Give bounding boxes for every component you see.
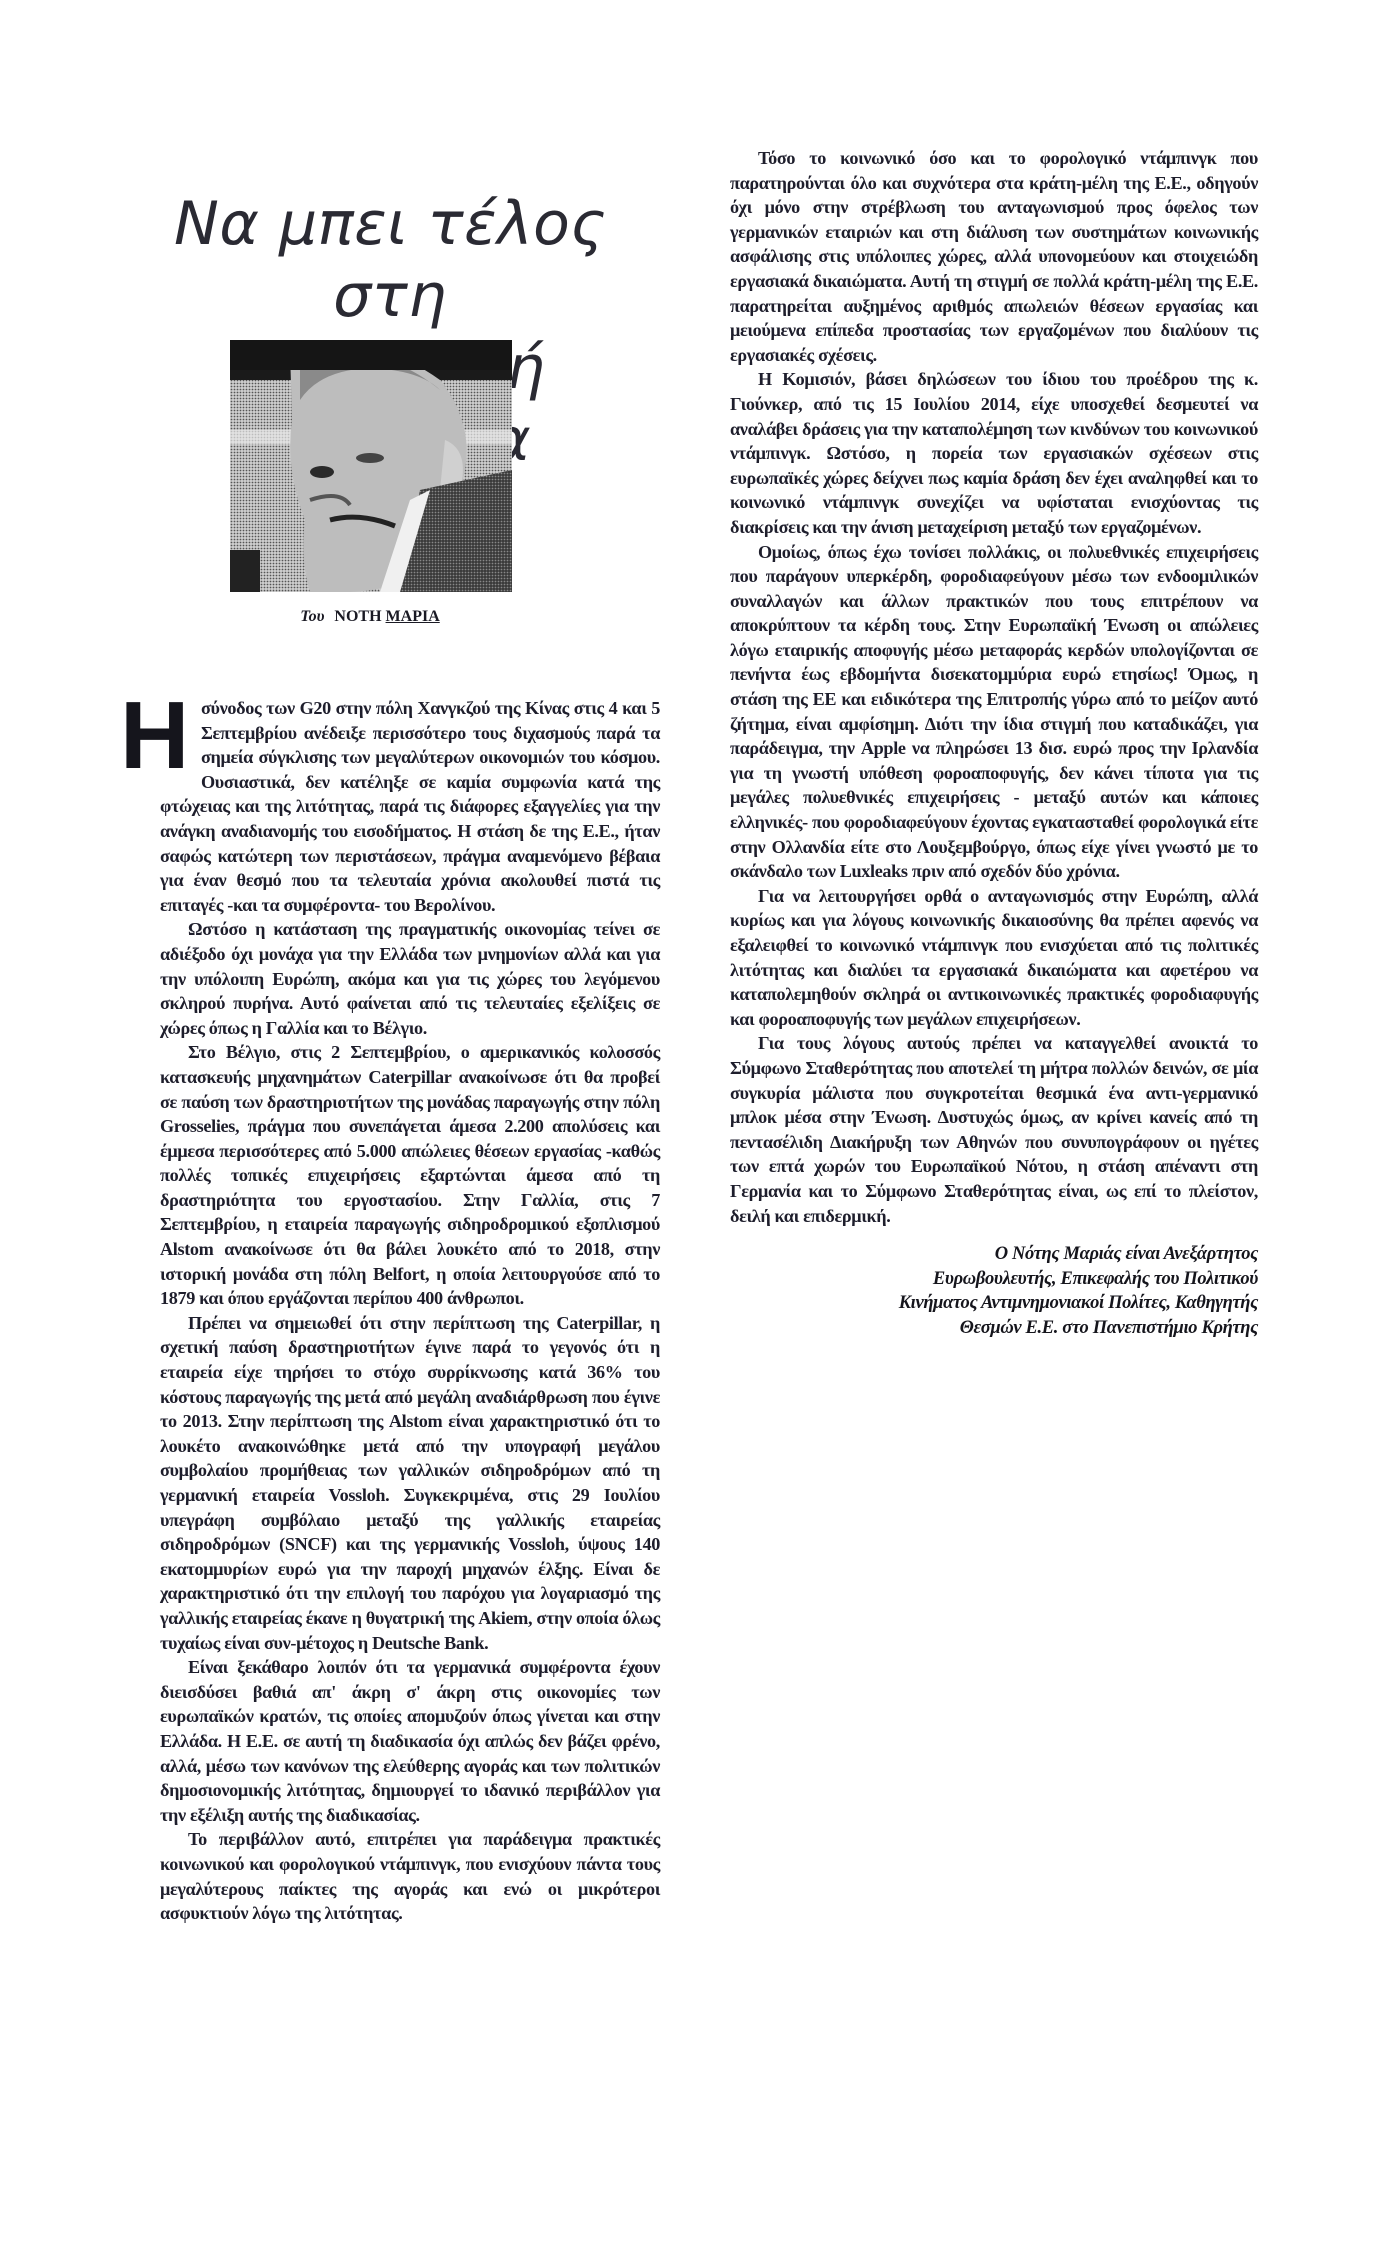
author-note-line: Θεσμών Ε.Ε. στο Πανεπιστήμιο Κρήτης <box>730 1316 1258 1341</box>
paragraph: Τόσο το κοινωνικό όσο και το φορολογικό … <box>730 146 1258 367</box>
article-column-left: Η σύνοδος των G20 στην πόλη Χανγκζού της… <box>160 696 660 1926</box>
paragraph: Ωστόσο η κατάσταση της πραγματικής οικον… <box>160 917 660 1040</box>
article-column-right: Τόσο το κοινωνικό όσο και το φορολογικό … <box>730 146 1258 1340</box>
paragraph: Πρέπει να σημειωθεί ότι στην περίπτωση τ… <box>160 1311 660 1655</box>
newspaper-clipping: Να μπει τέλος στη μερκελική λιτότητα <box>0 0 1396 2257</box>
author-note: Ο Νότης Μαριάς είναι Ανεξάρτητος Ευρωβου… <box>730 1242 1258 1340</box>
paragraph: Ομοίως, όπως έχω τονίσει πολλάκις, οι πο… <box>730 540 1258 884</box>
paragraph: Είναι ξεκάθαρο λοιπόν ότι τα γερμανικά σ… <box>160 1655 660 1827</box>
byline-prefix: Του <box>300 608 324 625</box>
title-line-1: Να μπει τέλος στη <box>120 188 660 332</box>
paragraph: Στο Βέλγιο, στις 2 Σεπτεμβρίου, ο αμερικ… <box>160 1040 660 1311</box>
author-portrait-photo <box>230 340 512 592</box>
paragraph: Για τους λόγους αυτούς πρέπει να καταγγε… <box>730 1031 1258 1228</box>
portrait-photo-icon <box>230 340 512 592</box>
byline-surname: ΜΑΡΙΑ <box>386 608 440 625</box>
author-note-line: Ο Νότης Μαριάς είναι Ανεξάρτητος <box>730 1242 1258 1267</box>
byline: Του ΝΟΤΗ ΜΑΡΙΑ <box>220 608 520 626</box>
paragraph: σύνοδος των G20 στην πόλη Χανγκζού της Κ… <box>160 696 660 917</box>
paragraph: Η Κομισιόν, βάσει δηλώσεων του ίδιου του… <box>730 367 1258 539</box>
author-note-line: Ευρωβουλευτής, Επικεφαλής του Πολιτικού <box>730 1267 1258 1292</box>
drop-cap: Η <box>120 698 189 772</box>
paragraph: Το περιβάλλον αυτό, επιτρέπει για παράδε… <box>160 1827 660 1925</box>
author-note-line: Κινήματος Αντιμνημονιακοί Πολίτες, Καθηγ… <box>730 1291 1258 1316</box>
paragraph: Για να λειτουργήσει ορθά ο ανταγωνισμός … <box>730 884 1258 1032</box>
byline-first-name: ΝΟΤΗ <box>334 608 381 625</box>
